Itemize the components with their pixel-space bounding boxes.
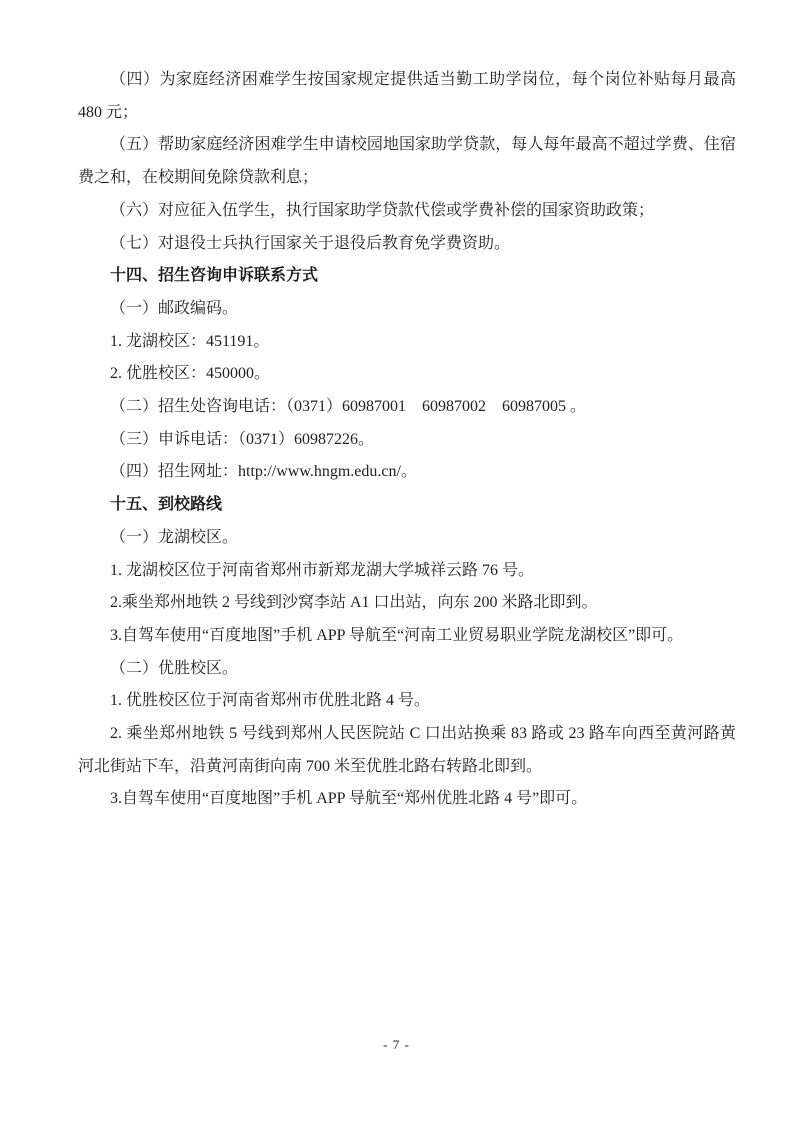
paragraph-aid-4: （四）为家庭经济困难学生按国家规定提供适当勤工助学岗位，每个岗位补贴每月最高 4… (78, 64, 736, 129)
paragraph-aid-5: （五）帮助家庭经济困难学生申请校园地国家助学贷款，每人每年最高不超过学费、住宿费… (78, 129, 736, 194)
paragraph-yousheng-drive: 3.自驾车使用“百度地图”手机 APP 导航至“郑州优胜北路 4 号”即可。 (78, 783, 736, 816)
paragraph-postal-longhu: 1. 龙湖校区：451191。 (78, 326, 736, 359)
heading-section-14-contact: 十四、招生咨询申诉联系方式 (78, 260, 736, 293)
paragraph-yousheng-campus: （二）优胜校区。 (78, 653, 736, 686)
paragraph-phone-admissions: （二）招生处咨询电话：（0371）60987001 60987002 60987… (78, 391, 736, 424)
paragraph-website: （四）招生网址：http://www.hngm.edu.cn/。 (78, 456, 736, 489)
heading-section-15-routes: 十五、到校路线 (78, 489, 736, 522)
paragraph-postal-yousheng: 2. 优胜校区：450000。 (78, 358, 736, 391)
paragraph-yousheng-metro: 2. 乘坐郑州地铁 5 号线到郑州人民医院站 C 口出站换乘 83 路或 23 … (78, 718, 736, 783)
paragraph-longhu-campus: （一）龙湖校区。 (78, 522, 736, 555)
page-number: - 7 - (0, 1037, 793, 1053)
paragraph-aid-7: （七）对退役士兵执行国家关于退役后教育免学费资助。 (78, 228, 736, 261)
paragraph-phone-appeal: （三）申诉电话：（0371）60987226。 (78, 424, 736, 457)
document-body: （四）为家庭经济困难学生按国家规定提供适当勤工助学岗位，每个岗位补贴每月最高 4… (78, 64, 736, 816)
paragraph-yousheng-address: 1. 优胜校区位于河南省郑州市优胜北路 4 号。 (78, 685, 736, 718)
paragraph-aid-6: （六）对应征入伍学生，执行国家助学贷款代偿或学费补偿的国家资助政策； (78, 195, 736, 228)
paragraph-longhu-metro: 2.乘坐郑州地铁 2 号线到沙窝李站 A1 口出站，向东 200 米路北即到。 (78, 587, 736, 620)
paragraph-postal-intro: （一）邮政编码。 (78, 293, 736, 326)
paragraph-longhu-address: 1. 龙湖校区位于河南省郑州市新郑龙湖大学城祥云路 76 号。 (78, 555, 736, 588)
paragraph-longhu-drive: 3.自驾车使用“百度地图”手机 APP 导航至“河南工业贸易职业学院龙湖校区”即… (78, 620, 736, 653)
document-page: （四）为家庭经济困难学生按国家规定提供适当勤工助学岗位，每个岗位补贴每月最高 4… (0, 0, 793, 1122)
